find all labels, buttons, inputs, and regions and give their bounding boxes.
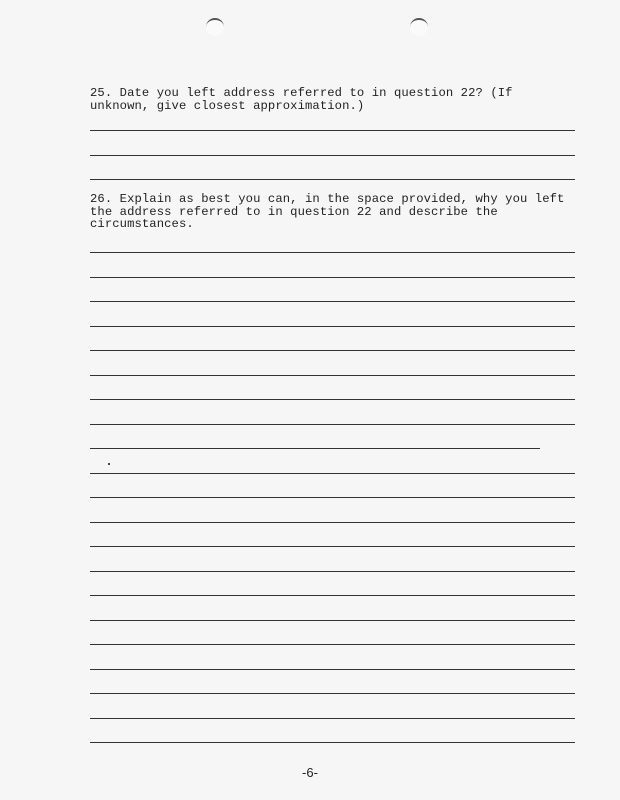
question-25-text: 25. Date you left address referred to in…	[90, 87, 590, 112]
punch-hole-right	[410, 18, 428, 36]
answer-line[interactable]	[90, 522, 575, 523]
question-26-text: 26. Explain as best you can, in the spac…	[90, 193, 590, 231]
answer-line[interactable]	[90, 693, 575, 694]
answer-line[interactable]	[90, 375, 575, 376]
answer-line[interactable]	[90, 718, 575, 719]
answer-line[interactable]	[90, 350, 575, 351]
answer-line[interactable]	[90, 742, 575, 743]
answer-line[interactable]	[90, 399, 575, 400]
answer-line[interactable]	[90, 424, 575, 425]
answer-line[interactable]	[90, 179, 575, 180]
answer-line[interactable]	[90, 620, 575, 621]
page-number: -6-	[0, 765, 620, 780]
answer-line[interactable]	[90, 595, 575, 596]
answer-line[interactable]	[90, 571, 575, 572]
answer-line[interactable]	[90, 497, 575, 498]
answer-line[interactable]	[90, 644, 575, 645]
answer-line[interactable]	[90, 448, 540, 449]
answer-line[interactable]	[90, 546, 575, 547]
answer-line[interactable]	[90, 326, 575, 327]
scan-speck	[108, 463, 110, 465]
answer-line[interactable]	[90, 473, 575, 474]
answer-line[interactable]	[90, 277, 575, 278]
answer-line[interactable]	[90, 301, 575, 302]
answer-line[interactable]	[90, 252, 575, 253]
answer-line[interactable]	[90, 155, 575, 156]
answer-line[interactable]	[90, 669, 575, 670]
answer-line[interactable]	[90, 130, 575, 131]
punch-hole-left	[206, 18, 224, 36]
